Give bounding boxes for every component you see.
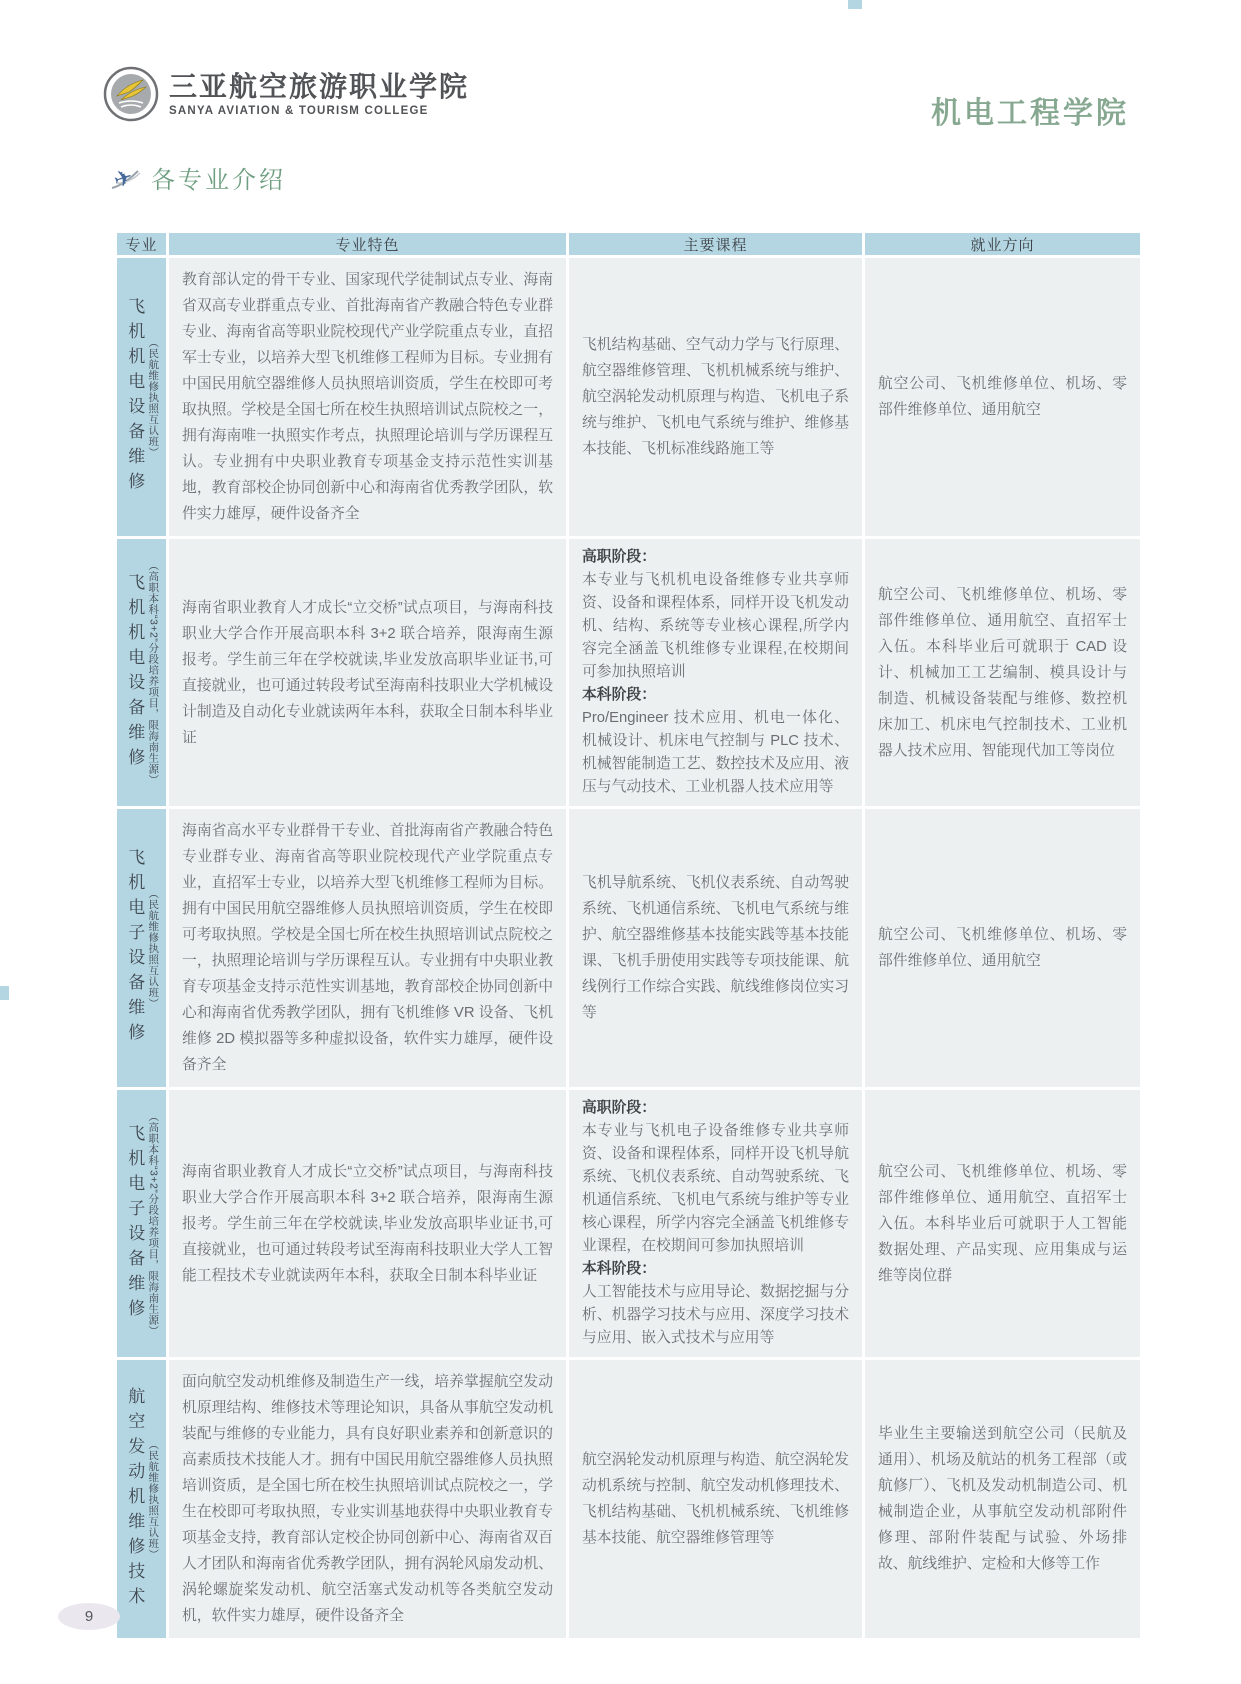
major-qualifier: （民航维修执照互认班） (147, 888, 158, 1009)
major-qualifier: （高职本科“3+2”分段培养项目，限海南生源） (147, 560, 158, 785)
features-cell: 教育部认定的骨干专业、国家现代学徒制试点专业、海南省双高专业群重点专业、首批海南… (169, 258, 566, 536)
employment-cell: 航空公司、飞机维修单位、机场、零部件维修单位、通用航空、直招军士入伍。本科毕业后… (865, 1090, 1140, 1357)
major-name: 飞机电子设备维修 (125, 848, 145, 1048)
courses-cell: 高职阶段： 本专业与飞机电子设备维修专业共享师资、设备和课程体系，同样开设飞机导… (569, 1090, 862, 1357)
stage-text: Pro/Engineer 技术应用、机电一体化、机械设计、机床电气控制与 PLC… (582, 707, 849, 799)
table-row: 航空发动机维修技术 （民航维修执照互认班） 面向航空发动机维修及制造生产一线，培… (117, 1360, 1140, 1638)
airplane-icon: ✈ (110, 165, 142, 191)
column-header-major: 专业 (117, 233, 166, 255)
major-name: 飞机机电设备维修 (125, 573, 145, 773)
college-logo: 三亚航空旅游职业学院 SANYA AVIATION & TOURISM COLL… (103, 66, 469, 122)
table-row: 飞机电子设备维修 （民航维修执照互认班） 海南省高水平专业群骨干专业、首批海南省… (117, 809, 1140, 1087)
major-cell: 飞机机电设备维修 （民航维修执照互认班） (117, 258, 166, 536)
page-title: 机电工程学院 (931, 88, 1129, 132)
courses-cell: 高职阶段： 本专业与飞机机电设备维修专业共享师资、设备和课程体系，同样开设飞机发… (569, 539, 862, 806)
college-name: 三亚航空旅游职业学院 SANYA AVIATION & TOURISM COLL… (169, 72, 469, 117)
stage-text: 本专业与飞机电子设备维修专业共享师资、设备和课程体系，同样开设飞机导航系统、飞机… (582, 1120, 849, 1258)
stage-label: 高职阶段： (582, 1097, 849, 1120)
column-header-features: 专业特色 (169, 233, 566, 255)
features-cell: 海南省职业教育人才成长“立交桥”试点项目，与海南科技职业大学合作开展高职本科 3… (169, 539, 566, 806)
column-header-courses: 主要课程 (569, 233, 862, 255)
section-title: 各专业介绍 (151, 160, 286, 195)
major-cell: 航空发动机维修技术 （民航维修执照互认班） (117, 1360, 166, 1638)
major-qualifier: （高职本科“3+2”分段培养项目，限海南生源） (147, 1111, 158, 1336)
print-mark-top (848, 0, 862, 9)
college-name-zh: 三亚航空旅游职业学院 (169, 72, 469, 102)
stage-label: 本科阶段： (582, 1258, 849, 1281)
major-cell: 飞机电子设备维修 （高职本科“3+2”分段培养项目，限海南生源） (117, 1090, 166, 1357)
major-cell: 飞机电子设备维修 （民航维修执照互认班） (117, 809, 166, 1087)
stage-text: 人工智能技术与应用导论、数据挖掘与分析、机器学习技术与应用、深度学习技术与应用、… (582, 1281, 849, 1350)
features-cell: 面向航空发动机维修及制造生产一线，培养掌握航空发动机原理结构、维修技术等理论知识… (169, 1360, 566, 1638)
features-cell: 海南省职业教育人才成长“立交桥”试点项目，与海南科技职业大学合作开展高职本科 3… (169, 1090, 566, 1357)
stage-text: 本专业与飞机机电设备维修专业共享师资、设备和课程体系，同样开设飞机发动机、结构、… (582, 569, 849, 684)
column-header-employment: 就业方向 (865, 233, 1140, 255)
logo-emblem-icon (103, 66, 159, 122)
employment-cell: 航空公司、飞机维修单位、机场、零部件维修单位、通用航空 (865, 809, 1140, 1087)
stage-label: 高职阶段： (582, 546, 849, 569)
page-number-badge: 9 (58, 1603, 120, 1630)
employment-cell: 毕业生主要输送到航空公司（民航及通用）、机场及航站的机务工程部（或航修厂）、飞机… (865, 1360, 1140, 1638)
stage-label: 本科阶段： (582, 684, 849, 707)
college-name-en: SANYA AVIATION & TOURISM COLLEGE (169, 105, 469, 117)
table-header-row: 专业 专业特色 主要课程 就业方向 (117, 233, 1140, 255)
employment-cell: 航空公司、飞机维修单位、机场、零部件维修单位、通用航空 (865, 258, 1140, 536)
page-number: 9 (85, 1608, 93, 1625)
major-name: 航空发动机维修技术 (125, 1387, 145, 1612)
features-cell: 海南省高水平专业群骨干专业、首批海南省产教融合特色专业群专业、海南省高等职业院校… (169, 809, 566, 1087)
major-name: 飞机电子设备维修 (125, 1124, 145, 1324)
major-qualifier: （民航维修执照互认班） (147, 337, 158, 458)
majors-table: 专业 专业特色 主要课程 就业方向 飞机机电设备维修 （民航维修执照互认班） 教… (114, 230, 1143, 1641)
major-cell: 飞机机电设备维修 （高职本科“3+2”分段培养项目，限海南生源） (117, 539, 166, 806)
table-row: 飞机机电设备维修 （高职本科“3+2”分段培养项目，限海南生源） 海南省职业教育… (117, 539, 1140, 806)
table-row: 飞机电子设备维修 （高职本科“3+2”分段培养项目，限海南生源） 海南省职业教育… (117, 1090, 1140, 1357)
employment-cell: 航空公司、飞机维修单位、机场、零部件维修单位、通用航空、直招军士入伍。本科毕业后… (865, 539, 1140, 806)
print-mark-left (0, 986, 9, 1000)
section-heading: ✈ 各专业介绍 (110, 160, 286, 195)
courses-cell: 飞机结构基础、空气动力学与飞行原理、航空器维修管理、飞机机械系统与维护、航空涡轮… (569, 258, 862, 536)
major-qualifier: （民航维修执照互认班） (147, 1439, 158, 1560)
courses-cell: 飞机导航系统、飞机仪表系统、自动驾驶系统、飞机通信系统、飞机电气系统与维护、航空… (569, 809, 862, 1087)
table-row: 飞机机电设备维修 （民航维修执照互认班） 教育部认定的骨干专业、国家现代学徒制试… (117, 258, 1140, 536)
major-name: 飞机机电设备维修 (125, 297, 145, 497)
courses-cell: 航空涡轮发动机原理与构造、航空涡轮发动机系统与控制、航空发动机修理技术、飞机结构… (569, 1360, 862, 1638)
